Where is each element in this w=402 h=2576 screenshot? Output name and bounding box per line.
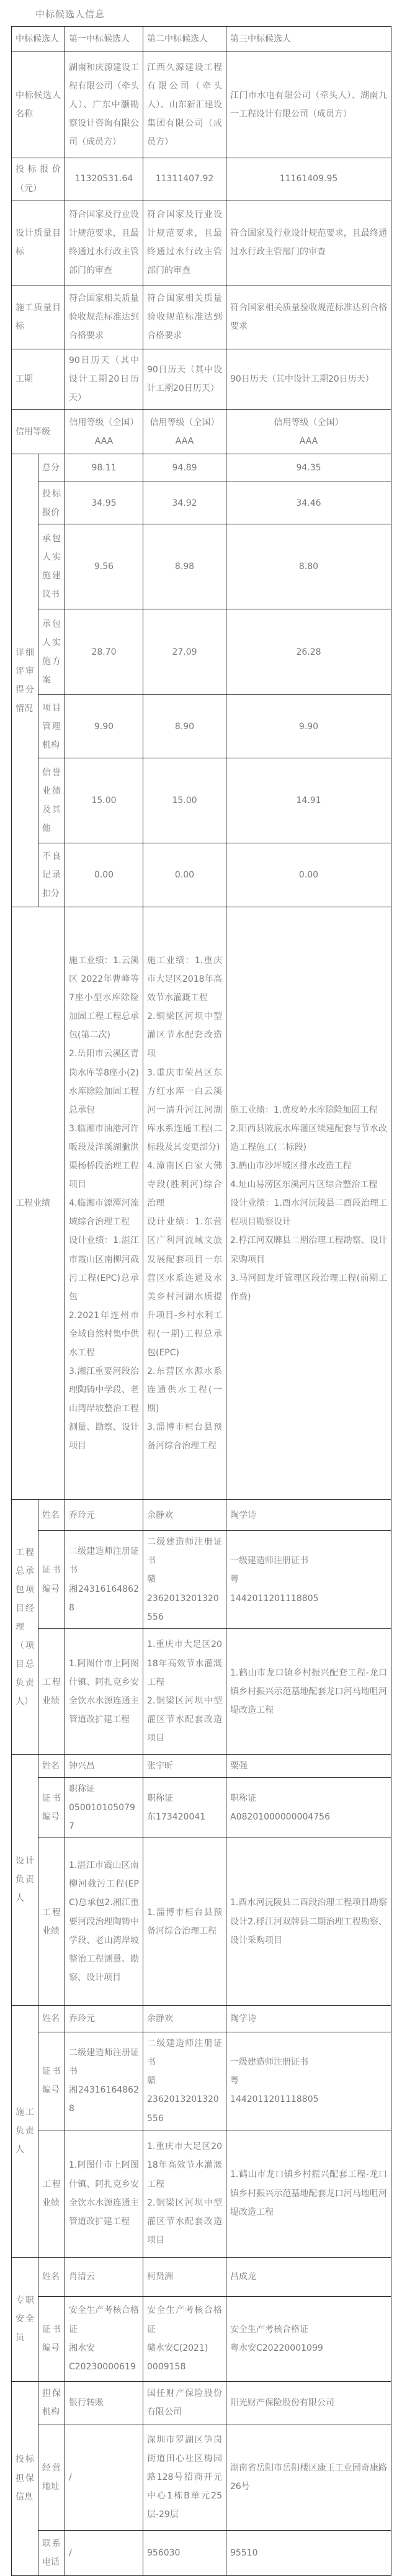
- design-quality-label: 设计质量目标: [12, 200, 65, 285]
- candidate-1-name: 湖南和庆源建设工程有限公司（牵头人）、广东中灏勘察设计咨询有限公司（成员方）: [65, 52, 143, 158]
- epc-manager-perf-row: 工程业绩 1.阿图什市上阿图什镇、阿扎克乡安全饮水水源连通主管道改扩建工程 1.…: [12, 1628, 391, 1754]
- score-reputation-label: 信誉业绩及其他: [38, 758, 65, 843]
- construction-quality-row: 施工质量目标 符合国家相关质量验收规范标准达到合格要求 符合国家相关质量验收规范…: [12, 285, 391, 349]
- construction-quality-3: 符合国家相关质量验收规范标准达到合格要求: [226, 285, 391, 349]
- guarantee-phone-1: /: [65, 2530, 143, 2575]
- score-total-row: 详细评审得分情况 总分 98.11 94.89 94.35: [12, 454, 391, 482]
- construction-lead-cert-1: 二级建造师注册证书 湘243161648628: [65, 2032, 143, 2130]
- score-reputation-row: 信誉业绩及其他 15.00 15.00 14.91: [12, 758, 391, 843]
- score-plan-1: 28.70: [65, 609, 143, 695]
- guarantee-address-1: /: [65, 2425, 143, 2530]
- construction-lead-name-3: 陶学诗: [226, 2006, 391, 2032]
- epc-manager-name-2: 余静欢: [143, 1500, 226, 1531]
- credit-rating-label: 信用等级: [12, 410, 65, 454]
- performance-1: 施工业绩：1.云溪区 2022年曹峰等7座小型水库除险加固工程工程总承包(第二次…: [65, 907, 143, 1500]
- bid-price-2: 11311407.92: [143, 158, 226, 200]
- duration-3: 90日历天（其中设计工期20日历天）: [226, 349, 391, 410]
- epc-manager-cert-label: 证书编号: [38, 1531, 65, 1628]
- safety-officer-cert-1: 安全生产考核合格证 湘水安 C20230000619: [65, 2296, 143, 2381]
- safety-officer-cert-2: 安全生产考核合格证 赣水安C(2021) 0009158: [143, 2296, 226, 2381]
- bid-price-label: 投标报价（元）: [12, 158, 65, 200]
- construction-quality-2: 符合国家相关质量验收规范标准达到合格要求: [143, 285, 226, 349]
- score-management-label: 项目管理机构: [38, 695, 65, 758]
- score-deduction-3: 0.00: [226, 843, 391, 907]
- guarantee-agency-label: 担保机构: [38, 2381, 65, 2425]
- safety-officer-name-1: 肖清云: [65, 2257, 143, 2296]
- design-lead-name-1: 钟兴昌: [65, 1754, 143, 1777]
- construction-lead-perf-2: 1.重庆市大足区2018年高效节水灌溉工程 2.铜梁区河坝中型灌区节水配套改造项…: [143, 2130, 226, 2257]
- guarantee-agency-3: 阳光财产保险股份有限公司: [226, 2381, 391, 2425]
- score-total-label: 总分: [38, 454, 65, 482]
- score-deduction-label: 不良记录扣分: [38, 843, 65, 907]
- safety-officer-name-row: 专职安全员 姓名 肖清云 柯贤洲 吕成龙: [12, 2257, 391, 2296]
- performance-label: 工程业绩: [12, 907, 65, 1500]
- design-lead-name-label: 姓名: [38, 1754, 65, 1777]
- guarantee-phone-2: 956030: [143, 2530, 226, 2575]
- score-proposal-2: 8.98: [143, 524, 226, 609]
- score-deduction-row: 不良记录扣分 0.00 0.00 0.00: [12, 843, 391, 907]
- construction-lead-name-label: 姓名: [38, 2006, 65, 2032]
- score-reputation-1: 15.00: [65, 758, 143, 843]
- score-proposal-row: 承包人实施建议书 9.56 8.98 8.80: [12, 524, 391, 609]
- header-row: 中标候选人 第一中标候选人 第二中标候选人 第三中标候选人: [12, 27, 391, 52]
- design-lead-group-label: 设计负责人: [12, 1754, 38, 2005]
- performance-2: 施工业绩：1.重庆市大足区2018年高效节水灌溉工程 2.铜梁区河坝中型灌区节水…: [143, 907, 226, 1500]
- performance-3: 施工业绩：1.黄皮岭水库除险加固工程 2.阳西县陂底水库灌区续建配套与节水改造工…: [226, 907, 391, 1500]
- design-quality-row: 设计质量目标 符合国家及行业设计规范要求，且最终通过水行政主管部门的审查 符合国…: [12, 200, 391, 285]
- design-quality-1: 符合国家及行业设计规范要求，且最终通过水行政主管部门的审查: [65, 200, 143, 285]
- construction-quality-label: 施工质量目标: [12, 285, 65, 349]
- construction-lead-name-1: 乔玲元: [65, 2006, 143, 2032]
- score-price-1: 34.95: [65, 482, 143, 524]
- safety-officer-name-2: 柯贤洲: [143, 2257, 226, 2296]
- epc-manager-cert-2: 二级建造师注册证书 赣 2362013201320556: [143, 1531, 226, 1628]
- epc-manager-perf-1: 1.阿图什市上阿图什镇、阿扎克乡安全饮水水源连通主管道改扩建工程: [65, 1628, 143, 1754]
- score-proposal-3: 8.80: [226, 524, 391, 609]
- construction-lead-cert-2: 二级建造师注册证书 赣 2362013201320556: [143, 2032, 226, 2130]
- safety-officer-name-3: 吕成龙: [226, 2257, 391, 2296]
- construction-quality-1: 符合国家相关质量验收规范标准达到合格要求: [65, 285, 143, 349]
- epc-manager-name-row: 工程总承包项目经理（项目总负责人） 姓名 乔玲元 余静欢 陶学诗: [12, 1500, 391, 1531]
- credit-rating-row: 信用等级 信用等级（全国） AAA 信用等级（全国） AAA 信用等级（全国） …: [12, 410, 391, 454]
- candidate-3-name: 江门市水电有限公司（牵头人）、湖南九一工程设计有限公司（成员方）: [226, 52, 391, 158]
- design-lead-name-row: 设计负责人 姓名 钟兴昌 张宇昕 粟强: [12, 1754, 391, 1777]
- design-lead-cert-row: 证书编号 职称证 0500101050797 职称证 东173420041 职称…: [12, 1777, 391, 1838]
- candidate-name-label: 中标候选人名称: [12, 52, 65, 158]
- epc-manager-name-1: 乔玲元: [65, 1500, 143, 1531]
- score-reputation-2: 15.00: [143, 758, 226, 843]
- construction-lead-cert-row: 证书编号 二级建造师注册证书 湘243161648628 二级建造师注册证书 赣…: [12, 2032, 391, 2130]
- credit-rating-2: 信用等级（全国） AAA: [143, 410, 226, 454]
- candidate-3-header: 第三中标候选人: [226, 27, 391, 52]
- score-proposal-label: 承包人实施建议书: [38, 524, 65, 609]
- design-lead-cert-label: 证书编号: [38, 1777, 65, 1838]
- construction-lead-perf-label: 工程业绩: [38, 2130, 65, 2257]
- safety-officer-name-label: 姓名: [38, 2257, 65, 2296]
- construction-lead-name-row: 施工负责人 姓名 乔玲元 余静欢 陶学诗: [12, 2006, 391, 2032]
- guarantee-address-3: 湖南省岳阳市岳阳楼区康王工业园奇康路26号: [226, 2425, 391, 2530]
- epc-manager-perf-2: 1.重庆市大足区2018年高效节水灌溉工程 2.铜梁区河坝中型灌区节水配套改造项…: [143, 1628, 226, 1754]
- design-lead-perf-label: 工程业绩: [38, 1838, 65, 2006]
- design-quality-2: 符合国家及行业设计规范要求，且最终通过水行政主管部门的审查: [143, 200, 226, 285]
- score-management-1: 9.90: [65, 695, 143, 758]
- epc-manager-cert-3: 一级建造师注册证书 粤 1442011201118805: [226, 1531, 391, 1628]
- score-plan-3: 26.28: [226, 609, 391, 695]
- score-plan-label: 承包人实施方案: [38, 609, 65, 695]
- score-total-1: 98.11: [65, 454, 143, 482]
- candidate-2-header: 第二中标候选人: [143, 27, 226, 52]
- candidate-2-name: 江西久源建设工程有限公司（牵头人）、山东新汇建设集团有限公司（成员方）: [143, 52, 226, 158]
- score-price-2: 34.92: [143, 482, 226, 524]
- design-lead-perf-1: 1.湛江市霞山区南柳河截污工程(EPC)总承包2.湘江重要河段治理陶铸中学段、老…: [65, 1838, 143, 2006]
- construction-lead-group-label: 施工负责人: [12, 2006, 38, 2257]
- score-management-row: 项目管理机构 9.90 8.90 9.90: [12, 695, 391, 758]
- duration-label: 工期: [12, 349, 65, 410]
- guarantee-agency-2: 国任财产保险股份有限公司: [143, 2381, 226, 2425]
- score-price-label: 投标报价: [38, 482, 65, 524]
- score-total-2: 94.89: [143, 454, 226, 482]
- credit-rating-3: 信用等级（全国） AAA: [226, 410, 391, 454]
- score-proposal-1: 9.56: [65, 524, 143, 609]
- score-plan-row: 承包人实施方案 28.70 27.09 26.28: [12, 609, 391, 695]
- score-management-2: 8.90: [143, 695, 226, 758]
- candidate-1-header: 第一中标候选人: [65, 27, 143, 52]
- design-lead-name-2: 张宇昕: [143, 1754, 226, 1777]
- score-price-3: 34.46: [226, 482, 391, 524]
- safety-officer-cert-3: 安全生产考核合格证 粤水安C20220001099: [226, 2296, 391, 2381]
- score-plan-2: 27.09: [143, 609, 226, 695]
- score-deduction-2: 0.00: [143, 843, 226, 907]
- design-lead-cert-2: 职称证 东173420041: [143, 1777, 226, 1838]
- construction-lead-perf-3: 1.鹤山市龙口镇乡村振兴配套工程-龙口镇乡村振兴示范基地配套龙口河马地咀河堤改造…: [226, 2130, 391, 2257]
- epc-manager-name-3: 陶学诗: [226, 1500, 391, 1531]
- performance-row: 工程业绩 施工业绩：1.云溪区 2022年曹峰等7座小型水库除险加固工程工程总承…: [12, 907, 391, 1500]
- candidate-name-row: 中标候选人名称 湖南和庆源建设工程有限公司（牵头人）、广东中灏勘察设计咨询有限公…: [12, 52, 391, 158]
- construction-lead-name-2: 余静欢: [143, 2006, 226, 2032]
- epc-manager-name-label: 姓名: [38, 1500, 65, 1531]
- score-management-3: 9.90: [226, 695, 391, 758]
- epc-manager-perf-3: 1.鹤山市龙口镇乡村振兴配套工程-龙口镇乡村振兴示范基地配套龙口河马地咀河堤改造…: [226, 1628, 391, 1754]
- construction-lead-perf-row: 工程业绩 1.阿图什市上阿图什镇、阿扎克乡安全饮水水源连通主管道改扩建工程 1.…: [12, 2130, 391, 2257]
- safety-officer-cert-row: 证书编号 安全生产考核合格证 湘水安 C20230000619 安全生产考核合格…: [12, 2296, 391, 2381]
- score-price-row: 投标报价 34.95 34.92 34.46: [12, 482, 391, 524]
- guarantee-phone-3: 95510: [226, 2530, 391, 2575]
- epc-manager-group-label: 工程总承包项目经理（项目总负责人）: [12, 1500, 38, 1754]
- score-reputation-3: 14.91: [226, 758, 391, 843]
- guarantee-phone-label: 联系电话: [38, 2530, 65, 2575]
- epc-manager-cert-row: 证书编号 二级建造师注册证书 湘243161648628 二级建造师注册证书 赣…: [12, 1531, 391, 1628]
- header-row-label: 中标候选人: [12, 27, 65, 52]
- design-quality-3: 符合国家及行业设计规范要求，且最终通过水行政主管部门的审查: [226, 200, 391, 285]
- construction-lead-cert-label: 证书编号: [38, 2032, 65, 2130]
- design-lead-perf-row: 工程业绩 1.湛江市霞山区南柳河截污工程(EPC)总承包2.湘江重要河段治理陶铸…: [12, 1838, 391, 2006]
- epc-manager-cert-1: 二级建造师注册证书 湘243161648628: [65, 1531, 143, 1628]
- bid-price-row: 投标报价（元） 11320531.64 11311407.92 11161409…: [12, 158, 391, 200]
- score-total-3: 94.35: [226, 454, 391, 482]
- bid-price-1: 11320531.64: [65, 158, 143, 200]
- score-deduction-1: 0.00: [65, 843, 143, 907]
- safety-officer-group-label: 专职安全员: [12, 2257, 38, 2381]
- guarantee-address-2: 深圳市罗湖区笋岗街道田心社区梅园路128号招商开元中心1栋B单元25层-29层: [143, 2425, 226, 2530]
- guarantee-address-label: 经营地址: [38, 2425, 65, 2530]
- page-title: 中标候选人信息: [35, 7, 402, 20]
- guarantee-group-label: 投标担保信息: [12, 2381, 38, 2575]
- duration-2: 90日历天（其中设计工期20日历天）: [143, 349, 226, 410]
- guarantee-agency-1: 银行转账: [65, 2381, 143, 2425]
- credit-rating-1: 信用等级（全国） AAA: [65, 410, 143, 454]
- construction-lead-cert-3: 一级建造师注册证书 粤 1442011201118805: [226, 2032, 391, 2130]
- duration-row: 工期 90日历天（其中设计工期20日历天） 90日历天（其中设计工期20日历天）…: [12, 349, 391, 410]
- score-group-label: 详细评审得分情况: [12, 454, 38, 907]
- guarantee-phone-row: 联系电话 / 956030 95510: [12, 2530, 391, 2575]
- duration-1: 90日历天（其中设计工期20日历天）: [65, 349, 143, 410]
- design-lead-name-3: 粟强: [226, 1754, 391, 1777]
- design-lead-cert-1: 职称证 0500101050797: [65, 1777, 143, 1838]
- guarantee-address-row: 经营地址 / 深圳市罗湖区笋岗街道田心社区梅园路128号招商开元中心1栋B单元2…: [12, 2425, 391, 2530]
- construction-lead-perf-1: 1.阿图什市上阿图什镇、阿扎克乡安全饮水水源连通主管道改扩建工程: [65, 2130, 143, 2257]
- bid-price-3: 11161409.95: [226, 158, 391, 200]
- bid-candidates-table: 中标候选人 第一中标候选人 第二中标候选人 第三中标候选人 中标候选人名称 湖南…: [11, 26, 391, 2576]
- design-lead-perf-3: 1.酉水河沅陵县二酉段治理工程项目勘察设计2.桴江河双牌县二期治理工程勘察、设计…: [226, 1838, 391, 2006]
- safety-officer-cert-label: 证书编号: [38, 2296, 65, 2381]
- epc-manager-perf-label: 工程业绩: [38, 1628, 65, 1754]
- design-lead-cert-3: 职称证 A08201000000004756: [226, 1777, 391, 1838]
- guarantee-agency-row: 投标担保信息 担保机构 银行转账 国任财产保险股份有限公司 阳光财产保险股份有限…: [12, 2381, 391, 2425]
- design-lead-perf-2: 1.淄博市桓台县预备河综合治理工程: [143, 1838, 226, 2006]
